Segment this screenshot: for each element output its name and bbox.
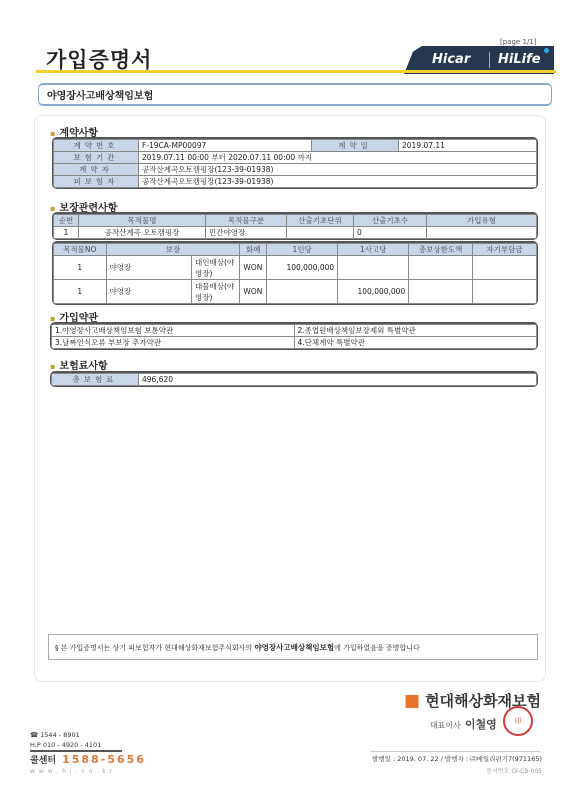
policyholder-label: 계약자 (54, 164, 139, 176)
table-row: 1 공작산계곡 오토캠핑장 민간야영장 0 (54, 227, 537, 239)
table-row: 계약번호 F-19CA-MP00097 계약일 2019.07.11 (54, 140, 537, 152)
table-row: 보험기간 2019.07.11 00:00 부터 2020.07.11 00:0… (54, 152, 537, 164)
period-value: 2019.07.11 00:00 부터 2020.07.11 00:00 까지 (139, 152, 537, 164)
product-name-bar: 야영장사고배상책임보험 (38, 83, 552, 106)
col-header: 자기부담금 (473, 244, 537, 256)
col-header: 보장 (106, 244, 240, 256)
contract-no-label: 계약번호 (54, 140, 139, 152)
notice-prefix: § 본 가입증명서는 상기 피보험자가 현대해상화재보험주식회사의 (55, 644, 254, 652)
premium-label: 총보험료 (52, 374, 139, 386)
page-indicator: [page 1/1] (500, 38, 536, 46)
issue-info: 발행일 : 2019. 07. 22 / 발행자 : ㈜메일리펀기7(97116… (372, 754, 542, 763)
col-header: 목적물NO (54, 244, 107, 256)
col-header: 화폐 (240, 244, 267, 256)
ceo-label: 대표이사 (430, 721, 461, 730)
hilife-logo: HiLife (498, 52, 541, 67)
term-item: 3.날짜인식오류 부보장 추가약관 (52, 337, 295, 349)
document-number: 문서번호:GI-CB-005 (486, 766, 542, 775)
col-header: 산출기초단위 (287, 215, 354, 227)
cell (287, 227, 354, 239)
premium-section-title: 보험료사항 (50, 357, 108, 372)
table-row: 1.야영장사고배상책임보험 보통약관 2.종업원배상책임보장제외 특별약관 (52, 325, 537, 337)
terms-table: 1.야영장사고배상책임보험 보통약관 2.종업원배상책임보장제외 특별약관 3.… (50, 322, 538, 350)
cell (338, 256, 409, 280)
company-seal-icon: 印 (503, 706, 533, 736)
table-header-row: 순번 목적물명 목적물구분 산출기초단위 산출기초수 가입유형 (54, 215, 537, 227)
col-header: 산출기초수 (354, 215, 427, 227)
insured-value: 공작산계곡오토캠핑장(123-39-01938) (139, 176, 537, 188)
ceo-name: 이철영 (465, 718, 497, 731)
cell: 대인배상(야영장) (192, 256, 240, 280)
call-center-number: 1588-5656 (62, 753, 146, 766)
col-header: 목적물명 (79, 215, 206, 227)
logo-dot-icon (544, 48, 549, 53)
ceo-line: 대표이사이철영 (430, 716, 497, 732)
certification-notice: § 본 가입증명서는 상기 피보험자가 현대해상화재보험주식회사의 야영장사고배… (48, 634, 538, 660)
col-header: 1사고당 (338, 244, 409, 256)
cell (409, 256, 473, 280)
call-center: 콜센터1588-5656 (30, 753, 146, 766)
cell: 야영장 (106, 256, 191, 280)
term-item: 4.단체계약 특별약관 (294, 337, 537, 349)
cell: WON (240, 280, 267, 304)
footer-divider (30, 750, 122, 752)
table-row: 1 야영장 대물배상(야영장) WON 100,000,000 (54, 280, 537, 304)
issue-divider (370, 751, 540, 752)
col-header: 순번 (54, 215, 79, 227)
hicar-logo: Hicar (432, 52, 470, 67)
term-item: 1.야영장사고배상책임보험 보통약관 (52, 325, 295, 337)
product-name: 야영장사고배상책임보험 (47, 87, 153, 102)
contract-date-label: 계약일 (312, 140, 399, 152)
col-header: 가입유형 (427, 215, 537, 227)
cell (267, 280, 338, 304)
contact-info: ☎ 1544 - 8901 H.P 010 - 4920 - 4101 (30, 730, 101, 750)
premium-table: 총보험료 496,620 (50, 371, 538, 387)
insured-label: 피보험자 (54, 176, 139, 188)
cell: 100,000,000 (267, 256, 338, 280)
notice-text: § 본 가입증명서는 상기 피보험자가 현대해상화재보험주식회사의 야영장사고배… (55, 642, 420, 653)
term-item: 2.종업원배상책임보장제외 특별약관 (294, 325, 537, 337)
table-row: 피보험자 공작산계곡오토캠핑장(123-39-01938) (54, 176, 537, 188)
coverage-detail-table: 목적물NO 보장 화폐 1인당 1사고당 총보상한도액 자기부담금 1 야영장 … (52, 241, 538, 305)
table-header-row: 목적물NO 보장 화폐 1인당 1사고당 총보상한도액 자기부담금 (54, 244, 537, 256)
col-header: 목적물구분 (206, 215, 287, 227)
mobile-number: H.P 010 - 4920 - 4101 (30, 740, 101, 750)
brand-divider (489, 52, 490, 68)
notice-product: 야영장사고배상책임보험 (254, 643, 334, 652)
header-divider (36, 70, 556, 73)
hyundai-h-icon: ■ (404, 691, 420, 711)
cell: 100,000,000 (338, 280, 409, 304)
object-table: 순번 목적물명 목적물구분 산출기초단위 산출기초수 가입유형 1 공작산계곡 … (52, 212, 538, 240)
contract-no-value: F-19CA-MP00097 (139, 140, 312, 152)
col-header: 1인당 (267, 244, 338, 256)
cell: 1 (54, 256, 107, 280)
policyholder-value: 공작산계곡오토캠핑장(123-39-01938) (139, 164, 537, 176)
phone-number: ☎ 1544 - 8901 (30, 730, 101, 740)
contract-table: 계약번호 F-19CA-MP00097 계약일 2019.07.11 보험기간 … (52, 137, 538, 189)
contract-date-value: 2019.07.11 (399, 140, 537, 152)
cell (427, 227, 537, 239)
cell: 대물배상(야영장) (192, 280, 240, 304)
cell: 1 (54, 280, 107, 304)
cell (473, 280, 537, 304)
period-label: 보험기간 (54, 152, 139, 164)
premium-value: 496,620 (139, 374, 537, 386)
call-center-label: 콜센터 (30, 756, 56, 766)
table-row: 3.날짜인식오류 부보장 추가약관 4.단체계약 특별약관 (52, 337, 537, 349)
cell: WON (240, 256, 267, 280)
website-link[interactable]: www.hi.co.kr (30, 768, 116, 775)
table-row: 계약자 공작산계곡오토캠핑장(123-39-01938) (54, 164, 537, 176)
cell: 0 (354, 227, 427, 239)
cell (409, 280, 473, 304)
table-row: 총보험료 496,620 (52, 374, 537, 386)
notice-suffix: 에 가입하였음을 증명합니다 (334, 644, 420, 652)
cell (473, 256, 537, 280)
cell: 민간야영장 (206, 227, 287, 239)
cell: 1 (54, 227, 79, 239)
col-header: 총보상한도액 (409, 244, 473, 256)
table-row: 1 야영장 대인배상(야영장) WON 100,000,000 (54, 256, 537, 280)
cell: 공작산계곡 오토캠핑장 (79, 227, 206, 239)
cell: 야영장 (106, 280, 191, 304)
